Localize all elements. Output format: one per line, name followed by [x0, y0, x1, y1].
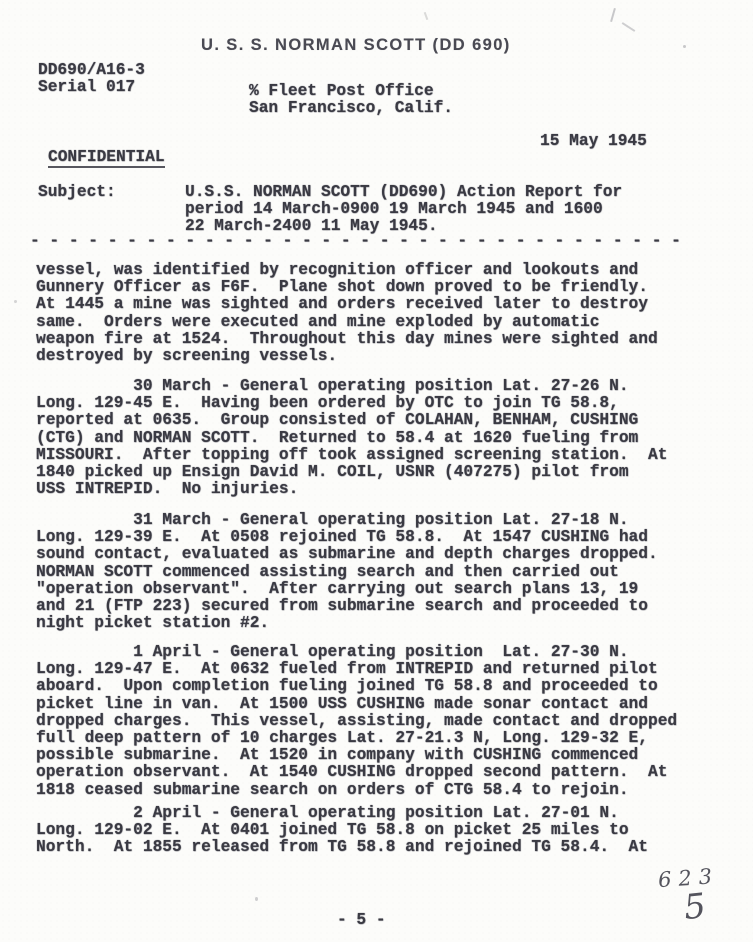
scan-artifact — [255, 897, 258, 901]
scan-artifact — [683, 45, 686, 48]
scan-artifact — [622, 22, 636, 32]
body-paragraph-continuation: vessel, was identified by recognition of… — [36, 262, 742, 365]
body-paragraph-2-april: 2 April - General operating position Lat… — [36, 805, 742, 857]
document-date: 15 May 1945 — [540, 133, 647, 150]
body-paragraph-1-april: 1 April - General operating position Lat… — [36, 644, 742, 799]
scan-artifact — [14, 300, 17, 303]
body-paragraph-30-march: 30 March - General operating position La… — [36, 378, 742, 498]
fleet-post-office-address: % Fleet Post Office San Francisco, Calif… — [249, 83, 453, 117]
subject-label: Subject: — [38, 184, 116, 201]
scan-artifact — [424, 12, 429, 20]
document-page: U. S. S. NORMAN SCOTT (DD 690) DD690/A16… — [0, 0, 753, 942]
scan-artifact — [610, 8, 616, 22]
body-paragraph-31-march: 31 March - General operating position La… — [36, 512, 742, 632]
subject-text: U.S.S. NORMAN SCOTT (DD690) Action Repor… — [185, 184, 622, 236]
reference-serial-block: DD690/A16-3 Serial 017 — [38, 62, 145, 96]
page-number: - 5 - — [337, 912, 386, 929]
separator-line: - - - - - - - - - - - - - - - - - - - - … — [30, 233, 740, 250]
document-title: U. S. S. NORMAN SCOTT (DD 690) — [201, 36, 511, 55]
handwritten-page-number: 5 — [682, 886, 708, 928]
classification-stamp: CONFIDENTIAL — [48, 149, 165, 168]
